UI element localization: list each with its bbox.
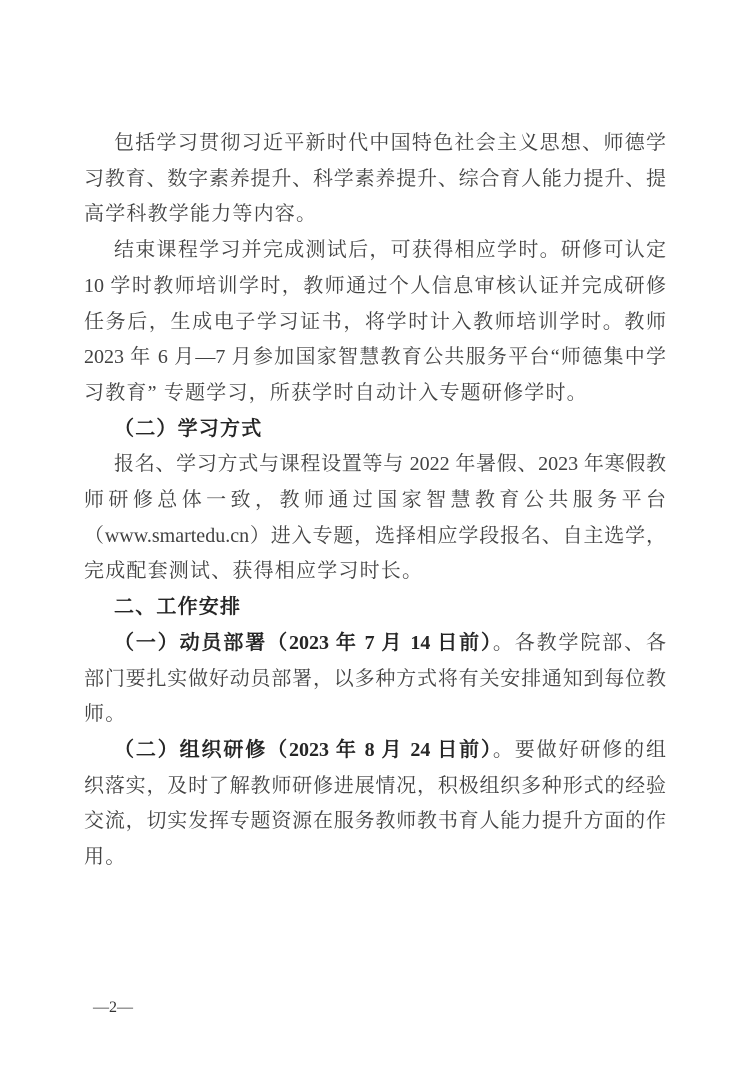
text-line: 师。	[84, 697, 666, 733]
text-line: （一）动员部署（2023 年 7 月 14 日前）。各教学院部、各	[84, 626, 666, 662]
text-line: 织落实，及时了解教师研修进展情况，积极组织多种形式的经验	[84, 769, 666, 805]
paragraph: （一）动员部署（2023 年 7 月 14 日前）。各教学院部、各部门要扎实做好…	[84, 626, 666, 733]
text-run: 完成配套测试、获得相应学习时长。	[84, 560, 423, 582]
text-line: 部门要扎实做好动员部署，以多种方式将有关安排通知到每位教	[84, 662, 666, 698]
bold-text-run: （一）动员部署（2023 年 7 月 14 日前）	[114, 632, 493, 654]
text-line: 二、工作安排	[84, 590, 666, 626]
paragraph: 结束课程学习并完成测试后，可获得相应学时。研修可认定10 学时教师培训学时，教师…	[84, 233, 666, 412]
text-line: 结束课程学习并完成测试后，可获得相应学时。研修可认定	[84, 233, 666, 269]
text-line: 交流，切实发挥专题资源在服务教师教书育人能力提升方面的作	[84, 804, 666, 840]
heading: （二）学习方式	[84, 412, 666, 448]
document-page: 包括学习贯彻习近平新时代中国特色社会主义思想、师德学习教育、数字素养提升、科学素…	[0, 0, 754, 1077]
text-run: 结束课程学习并完成测试后，可获得相应学时。研修可认定	[114, 239, 666, 261]
text-line: （www.smartedu.cn）进入专题，选择相应学段报名、自主选学，	[84, 519, 666, 555]
text-run: 2023 年 6 月—7 月参加国家智慧教育公共服务平台“师德集中学	[84, 346, 666, 368]
text-line: （二）学习方式	[84, 412, 666, 448]
text-line: 习教育、数字素养提升、科学素养提升、综合育人能力提升、提	[84, 162, 666, 198]
page-number: —2—	[93, 996, 133, 1020]
paragraph: 报名、学习方式与课程设置等与 2022 年暑假、2023 年寒假教师研修总体一致…	[84, 447, 666, 590]
text-run: 高学科教学能力等内容。	[84, 203, 317, 225]
text-run: 10 学时教师培训学时，教师通过个人信息审核认证并完成研修	[84, 275, 666, 297]
text-line: 完成配套测试、获得相应学习时长。	[84, 554, 666, 590]
text-run: 师研修总体一致，教师通过国家智慧教育公共服务平台	[84, 489, 666, 511]
text-run: 。各教学院部、各	[493, 632, 666, 654]
text-line: 报名、学习方式与课程设置等与 2022 年暑假、2023 年寒假教	[84, 447, 666, 483]
bold-text-run: （二）学习方式	[114, 418, 262, 440]
text-line: （二）组织研修（2023 年 8 月 24 日前）。要做好研修的组	[84, 733, 666, 769]
text-run: （www.smartedu.cn）进入专题，选择相应学段报名、自主选学，	[84, 525, 666, 547]
text-run: 师。	[84, 703, 126, 725]
text-run: 习教育、数字素养提升、科学素养提升、综合育人能力提升、提	[84, 168, 666, 190]
text-run: 部门要扎实做好动员部署，以多种方式将有关安排通知到每位教	[84, 668, 666, 690]
bold-text-run: 二、工作安排	[114, 596, 241, 618]
bold-text-run: （二）组织研修（2023 年 8 月 24 日前）	[114, 739, 493, 761]
text-run: 报名、学习方式与课程设置等与 2022 年暑假、2023 年寒假教	[114, 453, 666, 475]
heading: 二、工作安排	[84, 590, 666, 626]
document-body: 包括学习贯彻习近平新时代中国特色社会主义思想、师德学习教育、数字素养提升、科学素…	[84, 126, 666, 876]
text-line: 10 学时教师培训学时，教师通过个人信息审核认证并完成研修	[84, 269, 666, 305]
text-run: 任务后，生成电子学习证书，将学时计入教师培训学时。教师	[84, 311, 666, 333]
text-line: 用。	[84, 840, 666, 876]
text-line: 高学科教学能力等内容。	[84, 197, 666, 233]
text-run: 织落实，及时了解教师研修进展情况，积极组织多种形式的经验	[84, 775, 666, 797]
text-run: 习教育” 专题学习，所获学时自动计入专题研修学时。	[84, 382, 588, 404]
paragraph: 包括学习贯彻习近平新时代中国特色社会主义思想、师德学习教育、数字素养提升、科学素…	[84, 126, 666, 233]
text-line: 包括学习贯彻习近平新时代中国特色社会主义思想、师德学	[84, 126, 666, 162]
text-line: 任务后，生成电子学习证书，将学时计入教师培训学时。教师	[84, 305, 666, 341]
text-line: 2023 年 6 月—7 月参加国家智慧教育公共服务平台“师德集中学	[84, 340, 666, 376]
paragraph: （二）组织研修（2023 年 8 月 24 日前）。要做好研修的组织落实，及时了…	[84, 733, 666, 876]
text-run: 。要做好研修的组	[493, 739, 666, 761]
text-run: 包括学习贯彻习近平新时代中国特色社会主义思想、师德学	[114, 132, 666, 154]
text-line: 习教育” 专题学习，所获学时自动计入专题研修学时。	[84, 376, 666, 412]
text-run: 用。	[84, 846, 126, 868]
text-run: 交流，切实发挥专题资源在服务教师教书育人能力提升方面的作	[84, 810, 666, 832]
text-line: 师研修总体一致，教师通过国家智慧教育公共服务平台	[84, 483, 666, 519]
